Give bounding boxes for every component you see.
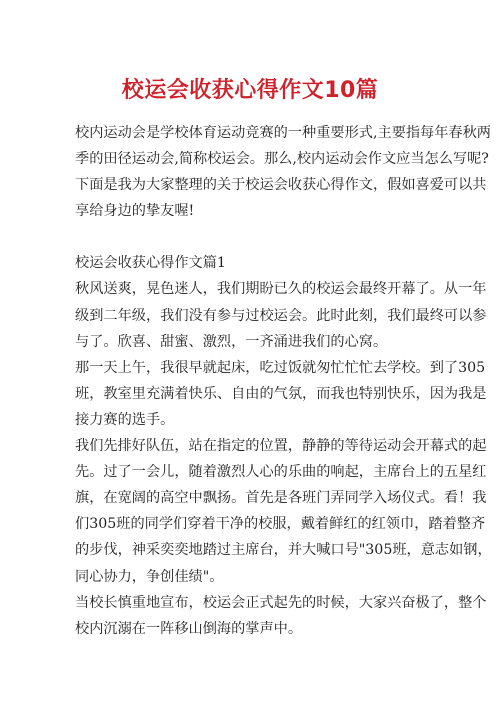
section-heading: 校运会收获心得作文篇1 [75, 250, 429, 276]
document-page: 校运会收获心得作文10篇 校内运动会是学校体育运动竞赛的一种重要形式,主要指每年… [0, 0, 500, 707]
paragraph-gap [75, 224, 429, 250]
intro-line: 下面是我为大家整理的关于校运会收获心得作文，假如喜爱可以共 [75, 172, 429, 198]
intro-line: 季的田径运动会,简称校运会。那么,校内运动会作文应当怎么写呢? [75, 146, 429, 172]
paragraph-line: 那一天上午，我很早就起床，吃过饭就匆忙忙忙去学校。到了305 [75, 355, 429, 381]
document-body: 校内运动会是学校体育运动竞赛的一种重要形式,主要指每年春秋两 季的田径运动会,简… [75, 120, 429, 642]
paragraph-1: 秋风送爽，晃色迷人，我们期盼已久的校运会最终开幕了。从一年 级到二年级，我们没有… [75, 276, 429, 354]
paragraph-4: 当校长慎重地宣布，校运会正式起先的时候，大家兴奋极了，整个 校内沉溺在一阵移山倒… [75, 590, 429, 642]
paragraph-line: 同心协力，争创佳绩"。 [75, 564, 429, 590]
paragraph-line: 先。过了一会儿，随着激烈人心的乐曲的响起，主席台上的五星红 [75, 459, 429, 485]
intro-line: 校内运动会是学校体育运动竞赛的一种重要形式,主要指每年春秋两 [75, 120, 429, 146]
paragraph-line: 校内沉溺在一阵移山倒海的掌声中。 [75, 616, 429, 642]
paragraph-3: 我们先排好队伍，站在指定的位置，静静的等待运动会开幕式的起 先。过了一会儿，随着… [75, 433, 429, 590]
paragraph-line: 与了。欣喜、甜蜜、激烈，一齐涌进我们的心窝。 [75, 329, 429, 355]
intro-line: 享给身边的挚友喔! [75, 198, 429, 224]
paragraph-line: 我们先排好队伍，站在指定的位置，静静的等待运动会开幕式的起 [75, 433, 429, 459]
paragraph-line: 旗，在宽阔的高空中飘扬。首先是各班门弄同学入场仪式。看！我 [75, 485, 429, 511]
paragraph-line: 的步伐，神采奕奕地踏过主席台，并大喊口号"305班，意志如钢， [75, 537, 429, 563]
paragraph-line: 班，教室里充满着快乐、自由的气氛，而我也特别快乐，因为我是 [75, 381, 429, 407]
intro-paragraph: 校内运动会是学校体育运动竞赛的一种重要形式,主要指每年春秋两 季的田径运动会,简… [75, 120, 429, 224]
paragraph-line: 们305班的同学们穿着干净的校服，戴着鲜红的红领巾，踏着整齐 [75, 511, 429, 537]
paragraph-line: 秋风送爽，晃色迷人，我们期盼已久的校运会最终开幕了。从一年 [75, 276, 429, 302]
paragraph-line: 接力赛的选手。 [75, 407, 429, 433]
paragraph-2: 那一天上午，我很早就起床，吃过饭就匆忙忙忙去学校。到了305 班，教室里充满着快… [75, 355, 429, 433]
paragraph-line: 当校长慎重地宣布，校运会正式起先的时候，大家兴奋极了，整个 [75, 590, 429, 616]
document-title: 校运会收获心得作文10篇 [0, 76, 500, 106]
paragraph-line: 级到二年级，我们没有参与过校运会。此时此刻，我们最终可以参 [75, 303, 429, 329]
